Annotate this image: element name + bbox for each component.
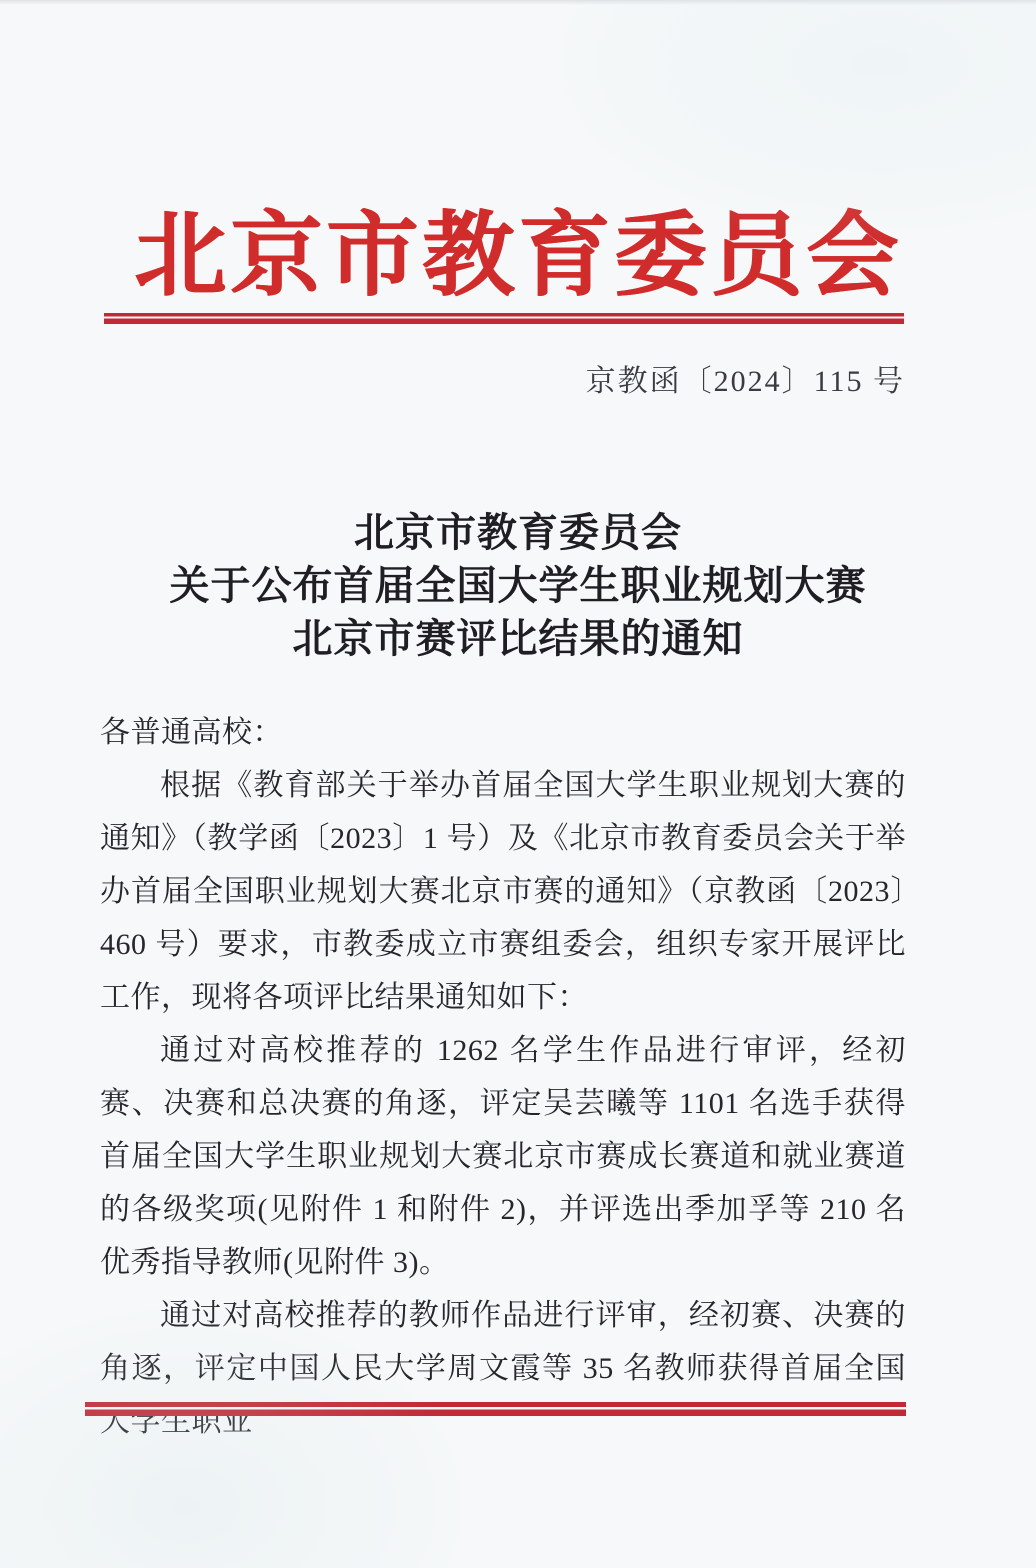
agency-masthead: 北京市教育委员会 xyxy=(0,182,1036,314)
notice-title-line-2: 关于公布首届全国大学生职业规划大赛 xyxy=(0,559,1036,612)
document-number: 京教函〔2024〕115 号 xyxy=(586,356,905,400)
page-footer-rule xyxy=(85,1402,906,1416)
salutation: 各普通高校： xyxy=(100,706,906,759)
notice-body: 各普通高校： 根据《教育部关于举办首届全国大学生职业规划大赛的通知》（教学函〔2… xyxy=(100,706,906,1448)
notice-title: 北京市教育委员会 关于公布首届全国大学生职业规划大赛 北京市赛评比结果的通知 xyxy=(0,506,1036,665)
document-page: 北京市教育委员会 京教函〔2024〕115 号 北京市教育委员会 关于公布首届全… xyxy=(0,0,1036,1568)
notice-title-line-3: 北京市赛评比结果的通知 xyxy=(0,612,1036,665)
paragraph-teacher-awards: 通过对高校推荐的教师作品进行评审，经初赛、决赛的角逐，评定中国人民大学周文霞等 … xyxy=(100,1289,906,1448)
notice-title-line-1: 北京市教育委员会 xyxy=(0,506,1036,559)
paragraph-basis: 根据《教育部关于举办首届全国大学生职业规划大赛的通知》（教学函〔2023〕1 号… xyxy=(100,759,906,1024)
masthead-divider-rule xyxy=(104,313,904,324)
paragraph-student-awards: 通过对高校推荐的 1262 名学生作品进行审评，经初赛、决赛和总决赛的角逐，评定… xyxy=(100,1024,906,1289)
